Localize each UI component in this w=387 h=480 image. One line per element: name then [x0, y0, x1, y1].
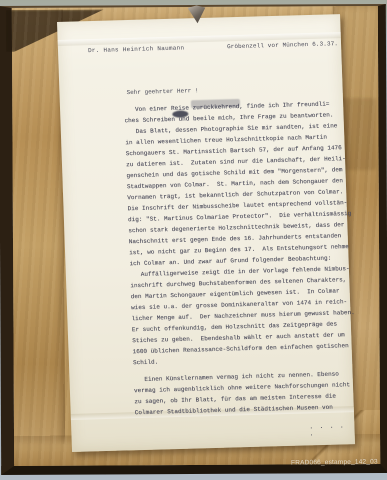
photo-background: Dr. Hans Heinrich Naumann Gröbenzell vor… — [0, 0, 387, 480]
salutation: Sehr geehrter Herr ! — [126, 87, 198, 96]
kraft-tape-left — [12, 10, 65, 464]
overinked-word — [191, 99, 240, 108]
continuation-dots: . . . . . — [309, 422, 354, 437]
dateline: Gröbenzell vor München 6.3.37. — [227, 40, 338, 50]
letter-page: Dr. Hans Heinrich Naumann Gröbenzell vor… — [57, 14, 355, 452]
archive-reference-label: FRAD066_estampe_142_03 — [291, 458, 378, 466]
letter-body: Von einer Reise zurückkehrend, finde ich… — [124, 98, 358, 418]
sender-name: Dr. Hans Heinrich Naumann — [88, 44, 185, 54]
